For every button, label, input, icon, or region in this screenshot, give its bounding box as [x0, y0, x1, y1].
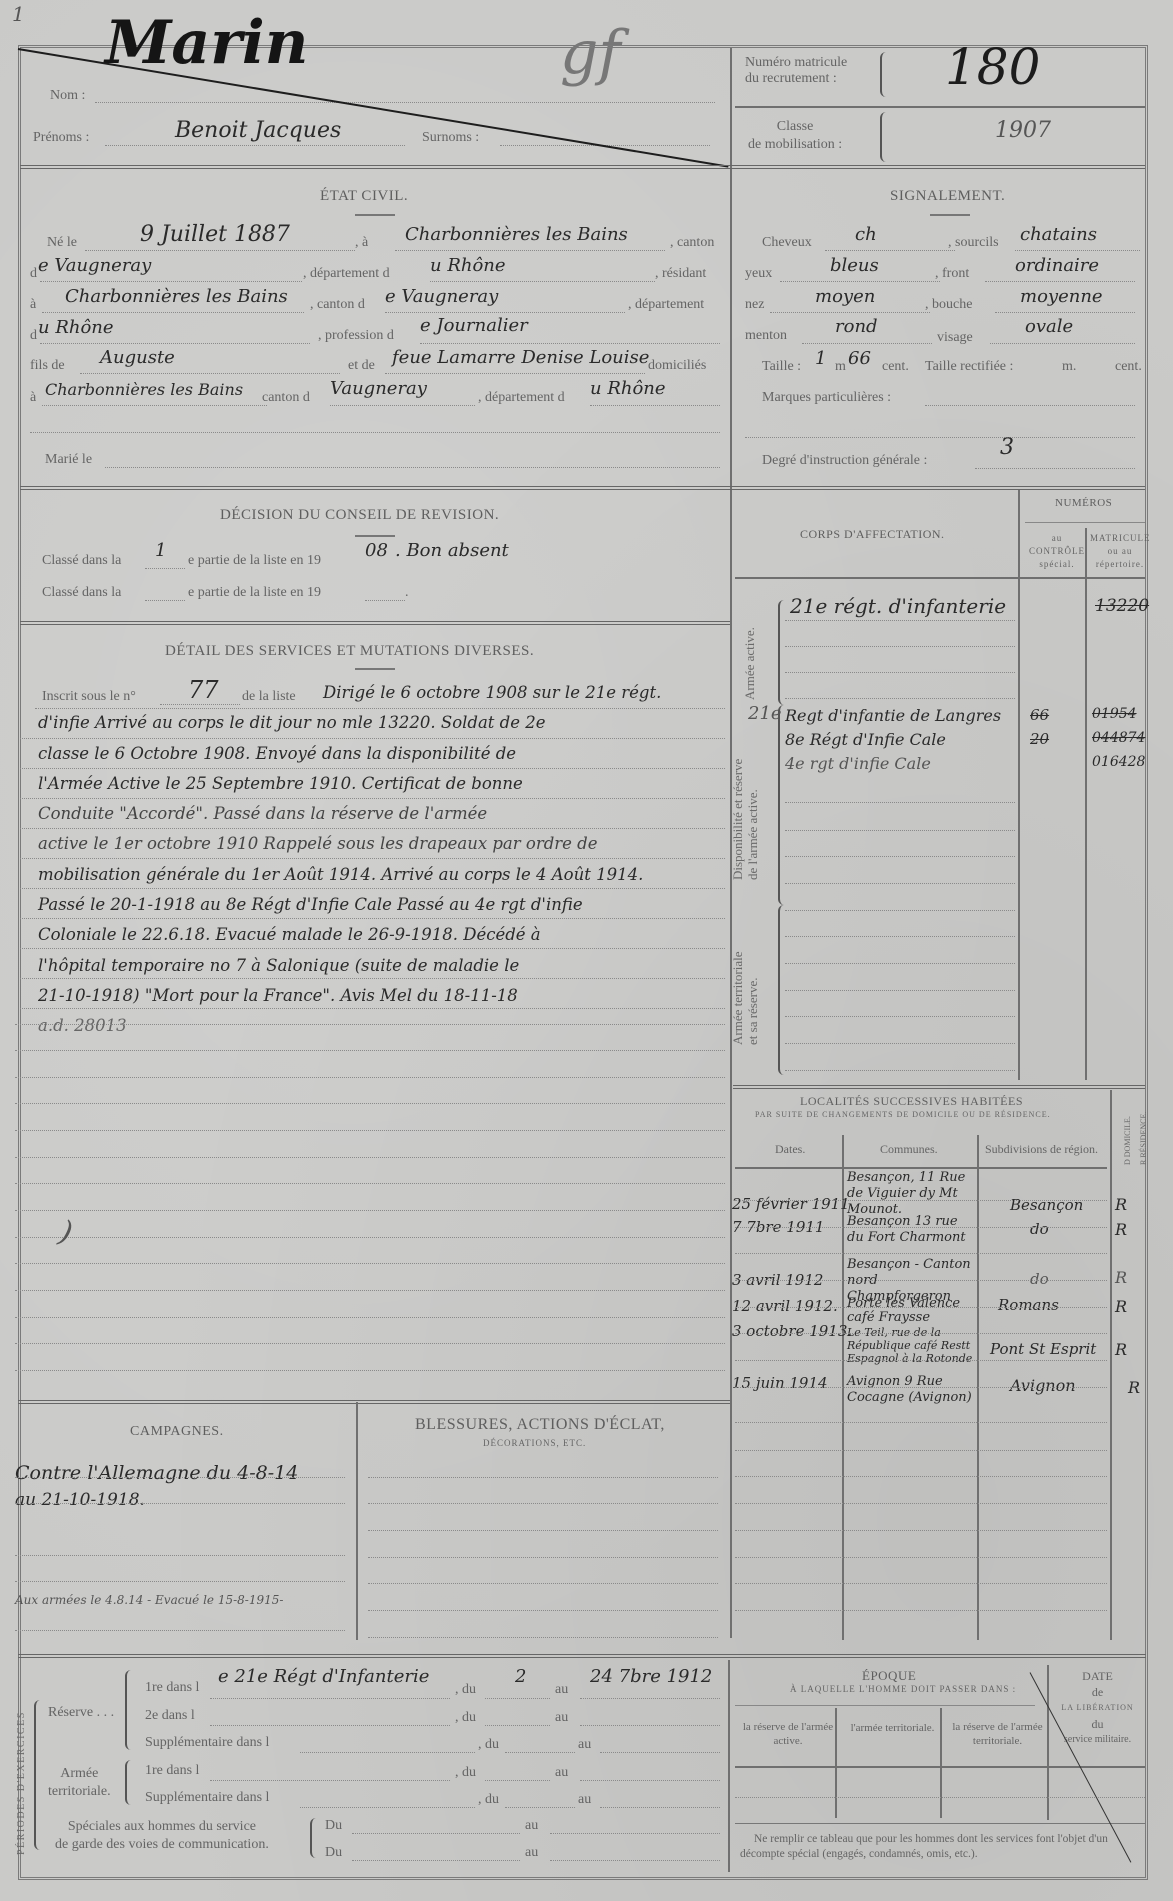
- loc-commune-4: Porte les Valence café Fraysse: [847, 1297, 975, 1325]
- loc-dr-6: R: [1128, 1378, 1140, 1397]
- corps-row-3: 8e Régt d'Infie Cale: [785, 730, 946, 749]
- territoriale-label: Armée territoriale et sa réserve.: [730, 952, 760, 1045]
- surnoms-label: Surnoms :: [422, 130, 479, 146]
- loc-sub-5: Pont St Esprit: [990, 1340, 1096, 1358]
- residence-place: Charbonnières les Bains: [65, 286, 288, 307]
- taille-cent-value: 66: [848, 348, 871, 369]
- taille-m-value: 1: [815, 348, 826, 369]
- parents-canton: Vaugneray: [330, 378, 427, 399]
- birth-canton: e Vaugneray: [38, 255, 151, 276]
- epoque-note: Ne remplir ce tableau que pour les homme…: [740, 1832, 1140, 1862]
- matricule-label: Numéro matricule du recrutement :: [745, 55, 847, 87]
- birth-place: Charbonnières les Bains: [405, 224, 628, 245]
- nez-value: moyen: [815, 286, 875, 307]
- loc-date-1: 25 février 1911.: [732, 1195, 854, 1213]
- prenoms-value: Benoit Jacques: [175, 118, 341, 143]
- parents-domicile: Charbonnières les Bains: [45, 380, 243, 399]
- controle-row-2: 66: [1030, 706, 1049, 724]
- loc-sub-1: Besançon: [1010, 1196, 1083, 1214]
- loc-dr-5: R: [1115, 1340, 1127, 1359]
- nom-label: Nom :: [50, 88, 85, 104]
- speciales-label: Spéciales aux hommes du service de garde…: [55, 1818, 269, 1854]
- sourcils-value: chatains: [1020, 224, 1097, 245]
- loc-sub-2: do: [1030, 1220, 1049, 1238]
- loc-date-4: 12 avril 1912.: [732, 1297, 838, 1315]
- loc-commune-2: Besançon 13 rue du Fort Charmont: [847, 1214, 975, 1246]
- mother-name: feue Lamarre Denise Louise: [392, 347, 649, 368]
- numeros-title: NUMÉROS: [1055, 497, 1112, 509]
- col-domicile-residence: D DOMICILE. R RÉSIDENCE.: [1120, 1112, 1152, 1165]
- front-value: ordinaire: [1015, 255, 1099, 276]
- birth-departement: u Rhône: [430, 255, 506, 276]
- loc-dr-3: R: [1115, 1268, 1127, 1287]
- residence-departement: u Rhône: [38, 317, 114, 338]
- loc-commune-1: Besançon, 11 Rue de Viguier dy Mt Mounot…: [847, 1170, 975, 1218]
- instruction-value: 3: [1000, 435, 1014, 460]
- visage-value: ovale: [1025, 316, 1073, 337]
- periode-1-du: 2: [515, 1666, 526, 1687]
- prenoms-label: Prénoms :: [33, 130, 89, 146]
- corps-title: CORPS D'AFFECTATION.: [800, 527, 945, 542]
- instruction-label: Degré d'instruction générale :: [762, 453, 927, 469]
- col-communes: Communes.: [880, 1142, 938, 1157]
- residence-canton: e Vaugneray: [385, 286, 498, 307]
- campagne-line-2: au 21-10-1918.: [15, 1490, 145, 1510]
- col-matricule-header: MATRICULE ou au répertoire.: [1090, 532, 1150, 571]
- campagnes-title: CAMPAGNES.: [130, 1424, 224, 1440]
- matricule-row-3: 044874: [1092, 730, 1145, 746]
- periodes-side-label: PÉRIODES D'EXERCICES: [16, 1711, 27, 1855]
- classe-label: Classe de mobilisation :: [748, 118, 842, 154]
- loc-sub-4: Romans: [998, 1296, 1059, 1314]
- armee-active-label: Armée active.: [742, 627, 758, 700]
- col-dates: Dates.: [775, 1142, 805, 1157]
- revision-decision: . Bon absent: [395, 540, 509, 561]
- matricule-row-4: 016428: [1092, 754, 1145, 770]
- marques-label: Marques particulières :: [762, 390, 891, 406]
- services-text: Dirigé le 6 octobre 1908 sur le 21e régt…: [38, 678, 728, 1042]
- parents-departement: u Rhône: [590, 378, 666, 399]
- loc-sub-3: do: [1030, 1270, 1049, 1288]
- loc-sub-6: Avignon: [1010, 1376, 1076, 1395]
- corps-row-1: 21e régt. d'infanterie: [790, 594, 1006, 618]
- blessures-subtitle: DÉCORATIONS, ETC.: [483, 1438, 586, 1448]
- localites-title: LOCALITÉS SUCCESSIVES HABITÉES: [800, 1094, 1023, 1109]
- disponibilite-label: Disponibilité et réserve de l'armée acti…: [730, 759, 760, 880]
- bouche-value: moyenne: [1020, 286, 1103, 307]
- cheveux-value: ch: [855, 224, 877, 245]
- services-title: DÉTAIL DES SERVICES ET MUTATIONS DIVERSE…: [165, 643, 534, 660]
- corps-row-2: Regt d'infantie de Langres: [785, 706, 1001, 725]
- epoque-title: ÉPOQUE: [862, 1668, 916, 1684]
- epoque-col-1: la réserve de l'armée active.: [738, 1720, 838, 1748]
- yeux-value: bleus: [830, 255, 879, 276]
- father-name: Auguste: [100, 347, 175, 368]
- corner-mark: 1: [12, 2, 25, 26]
- register-page: 1 gf Nom : Marin Prénoms : Benoit Jacque…: [0, 0, 1173, 1901]
- localites-subtitle: PAR SUITE DE CHANGEMENTS DE DOMICILE OU …: [755, 1110, 1051, 1119]
- signalement-title: SIGNALEMENT.: [890, 188, 1005, 205]
- loc-dr-1: R: [1115, 1195, 1127, 1214]
- matricule-row-1: 13220: [1095, 596, 1149, 616]
- col-controle-header: au CONTRÔLE spécial.: [1027, 532, 1087, 571]
- periode-1-au: 24 7bre 1912: [590, 1666, 712, 1687]
- matricule-row-2: 01954: [1092, 706, 1137, 722]
- revision-partie-1: 1: [155, 540, 166, 561]
- territoriale-label: Armée territoriale.: [48, 1765, 111, 1801]
- profession: e Journalier: [420, 315, 528, 336]
- epoque-col-3: la réserve de l'armée territoriale.: [945, 1720, 1050, 1748]
- reserve-label: Réserve . . .: [48, 1705, 114, 1721]
- loc-date-6: 15 juin 1914: [732, 1374, 828, 1392]
- col-subdivisions: Subdivisions de région.: [985, 1142, 1098, 1157]
- marie-label: Marié le: [45, 452, 92, 468]
- loc-dr-2: R: [1115, 1220, 1127, 1239]
- conseil-revision-title: DÉCISION DU CONSEIL DE REVISION.: [220, 507, 499, 524]
- periode-1-corps: e 21e Régt d'Infanterie: [218, 1666, 429, 1687]
- etat-civil-title: ÉTAT CIVIL.: [320, 188, 408, 205]
- campagne-note: Aux armées le 4.8.14 - Evacué le 15-8-19…: [15, 1593, 283, 1607]
- epoque-subtitle: À LAQUELLE L'HOMME DOIT PASSER DANS :: [790, 1684, 1016, 1694]
- matricule-value: 180: [945, 38, 1040, 96]
- birth-date: 9 Juillet 1887: [140, 222, 290, 247]
- epoque-col-2: l'armée territoriale.: [840, 1720, 945, 1736]
- campagne-line-1: Contre l'Allemagne du 4-8-14: [15, 1462, 298, 1484]
- controle-row-3: 20: [1030, 730, 1049, 748]
- loc-dr-4: R: [1115, 1297, 1127, 1316]
- loc-commune-6: Avignon 9 Rue Cocagne (Avignon): [847, 1374, 975, 1406]
- corps-row-4: 4e rgt d'infie Cale: [785, 754, 931, 773]
- revision-annee-1: 08: [365, 540, 388, 561]
- corps-margin-note: 21e: [748, 703, 782, 724]
- loc-date-5: 3 octobre 1913.: [732, 1322, 852, 1340]
- menton-value: rond: [835, 316, 878, 337]
- blessures-title: BLESSURES, ACTIONS D'ÉCLAT,: [415, 1416, 665, 1434]
- classe-value: 1907: [995, 118, 1051, 143]
